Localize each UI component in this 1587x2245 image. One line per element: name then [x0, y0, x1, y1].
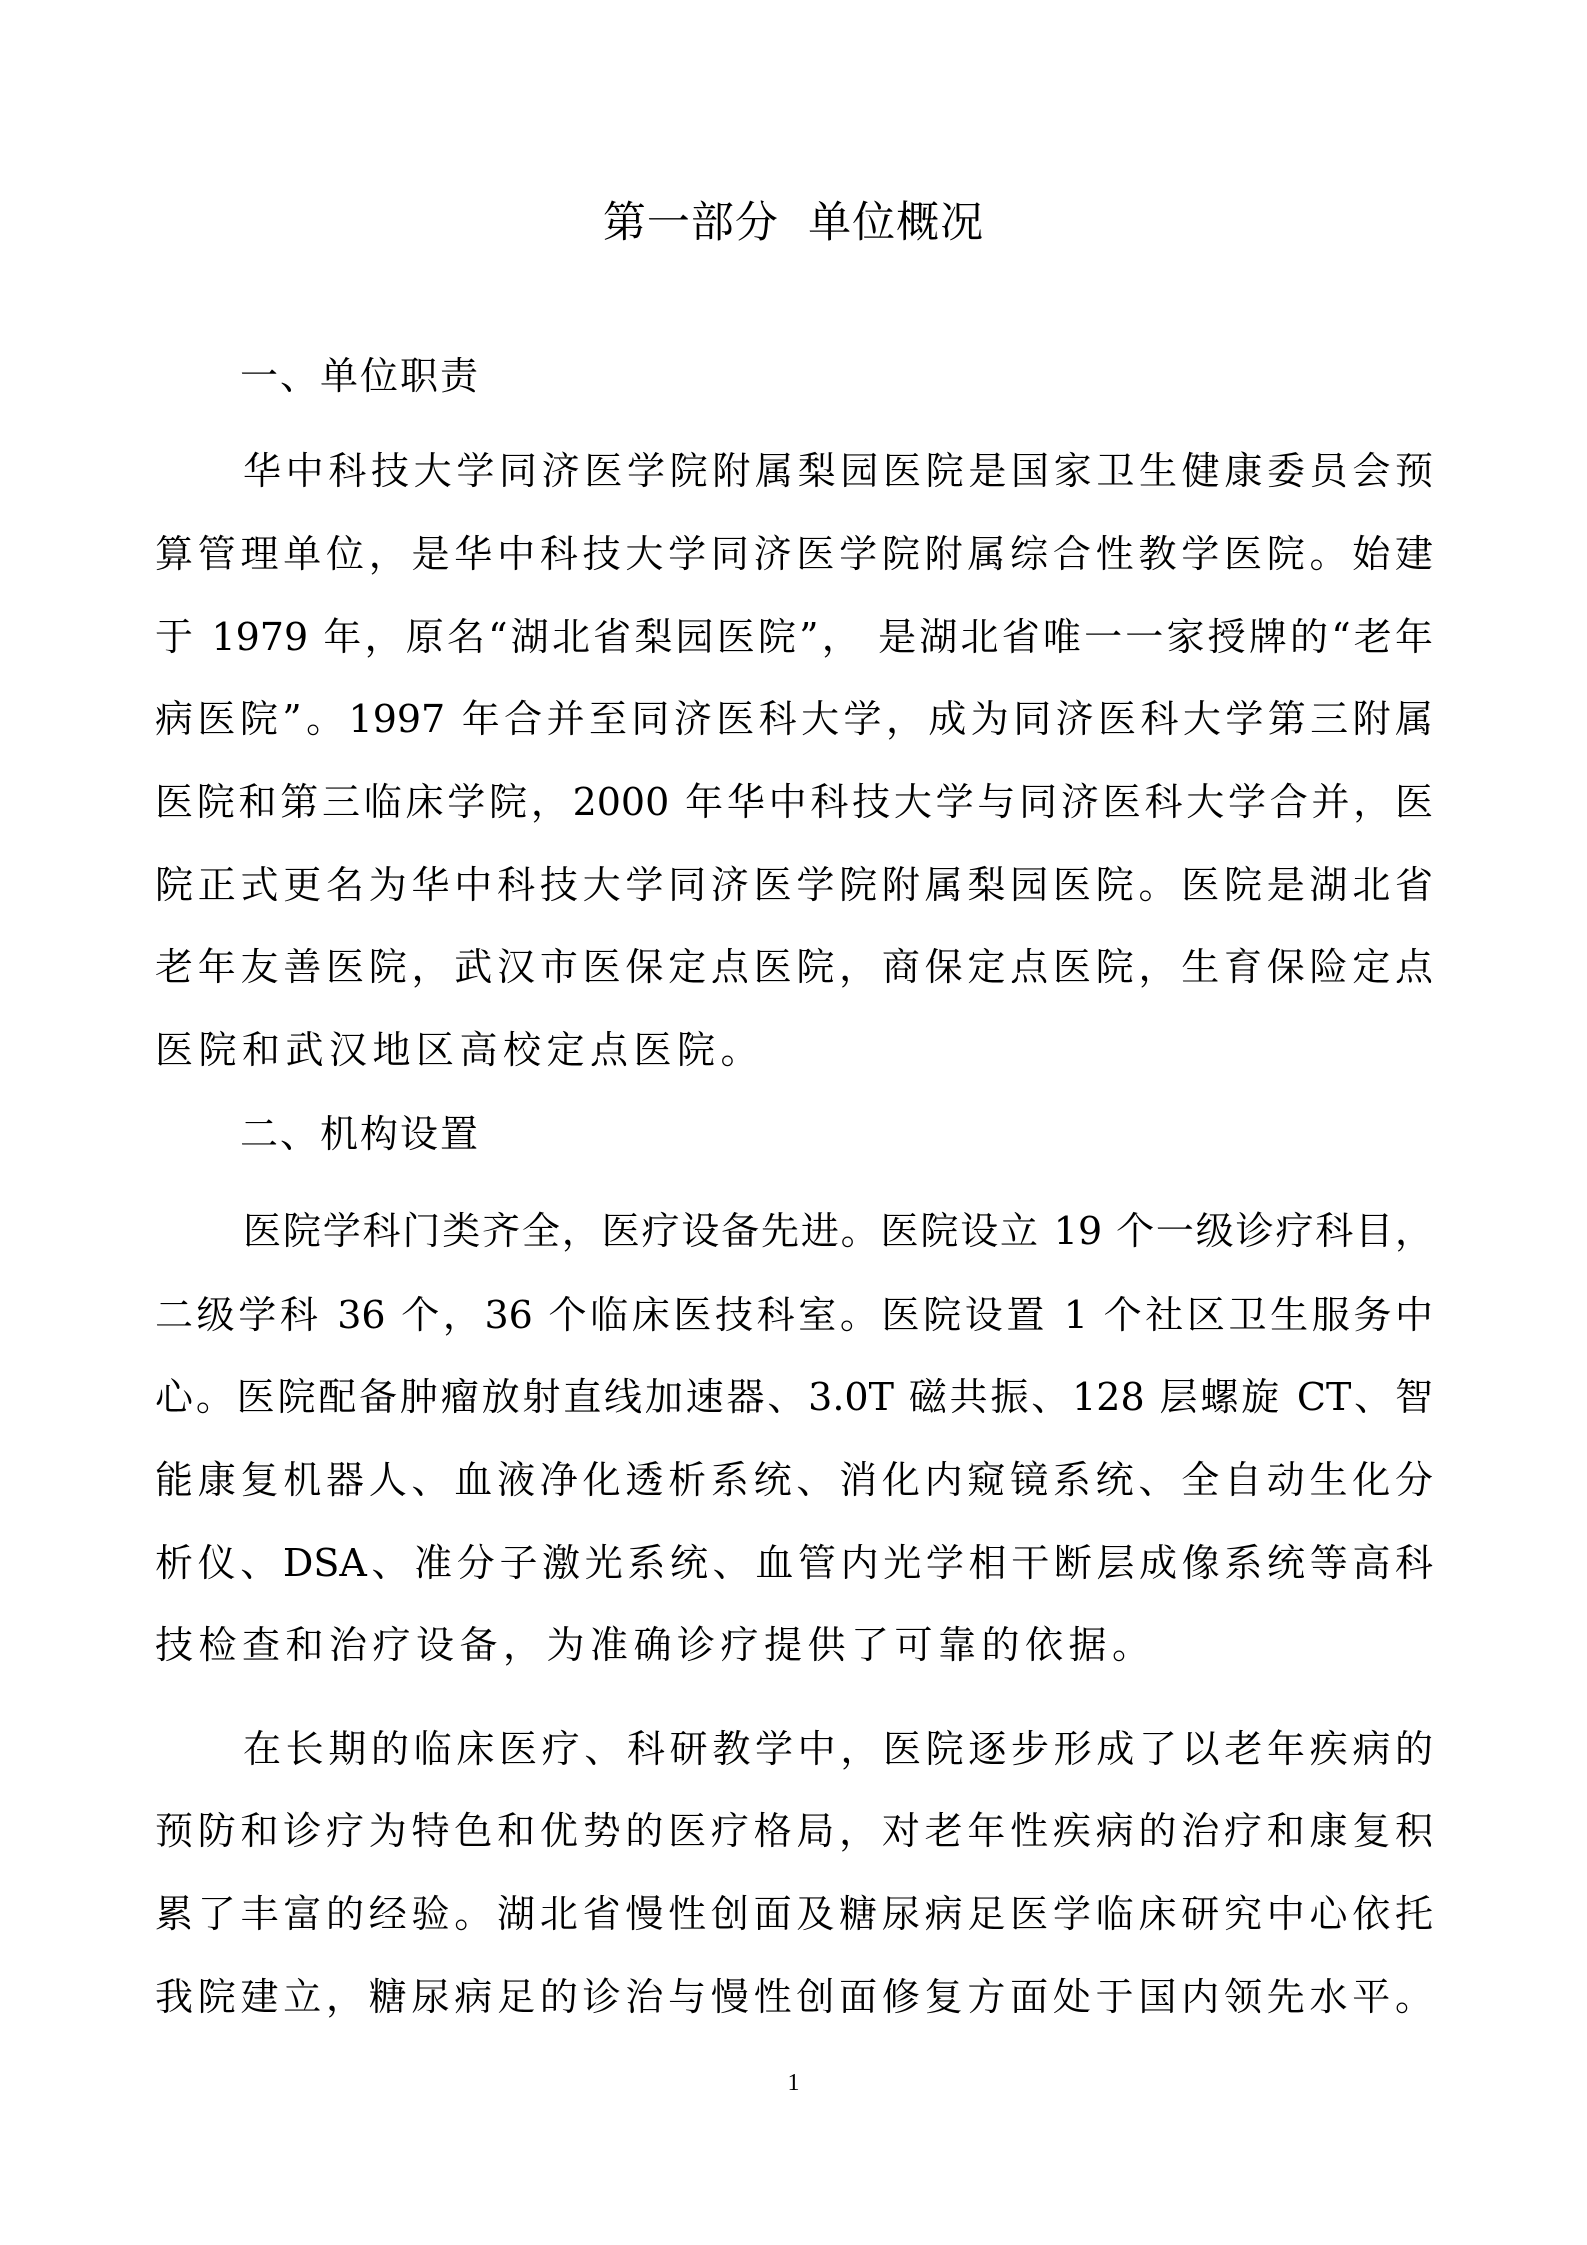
text-line: 院正式更名为华中科技大学同济医学院附属梨园医院。医院是湖北省: [155, 861, 1433, 909]
text-line: 能康复机器人、血液净化透析系统、消化内窥镜系统、全自动生化分: [155, 1456, 1433, 1504]
section-heading-organization: 二、机构设置: [240, 1110, 480, 1158]
text-line: 华中科技大学同济医学院附属梨园医院是国家卫生健康委员会预: [243, 447, 1433, 495]
page-number: 1: [0, 2068, 1587, 2098]
text-line: 技检查和治疗设备，为准确诊疗提供了可靠的依据。: [155, 1621, 1433, 1669]
page-title: 第一部分 单位概况: [0, 196, 1587, 250]
text-line: 我院建立，糖尿病足的诊治与慢性创面修复方面处于国内领先水平。: [155, 1973, 1433, 2021]
document-page: 第一部分 单位概况 一、单位职责 华中科技大学同济医学院附属梨园医院是国家卫生健…: [0, 0, 1587, 2245]
text-line: 算管理单位，是华中科技大学同济医学院附属综合性教学医院。始建: [155, 530, 1433, 578]
text-line: 累了丰富的经验。湖北省慢性创面及糖尿病足医学临床研究中心依托: [155, 1890, 1433, 1938]
section-heading-responsibilities: 一、单位职责: [240, 352, 480, 400]
text-line: 预防和诊疗为特色和优势的医疗格局，对老年性疾病的治疗和康复积: [155, 1807, 1433, 1855]
text-line: 心。医院配备肿瘤放射直线加速器、3.0T 磁共振、128 层螺旋 CT、智: [155, 1373, 1433, 1421]
text-line: 二级学科 36 个，36 个临床医技科室。医院设置 1 个社区卫生服务中: [155, 1291, 1433, 1339]
text-line: 病医院”。1997 年合并至同济医科大学，成为同济医科大学第三附属: [155, 695, 1433, 743]
text-line: 在长期的临床医疗、科研教学中，医院逐步形成了以老年疾病的: [243, 1725, 1433, 1773]
text-line: 医院和第三临床学院，2000 年华中科技大学与同济医科大学合并，医: [155, 778, 1433, 826]
text-line: 医院学科门类齐全，医疗设备先进。医院设立 19 个一级诊疗科目，: [243, 1207, 1433, 1255]
text-line: 医院和武汉地区高校定点医院。: [155, 1026, 1433, 1074]
text-line: 析仪、DSA、准分子激光系统、血管内光学相干断层成像系统等高科: [155, 1539, 1433, 1587]
text-line: 于 1979 年，原名“湖北省梨园医院”， 是湖北省唯一一家授牌的“老年: [155, 613, 1433, 661]
text-line: 老年友善医院，武汉市医保定点医院，商保定点医院，生育保险定点: [155, 943, 1433, 991]
